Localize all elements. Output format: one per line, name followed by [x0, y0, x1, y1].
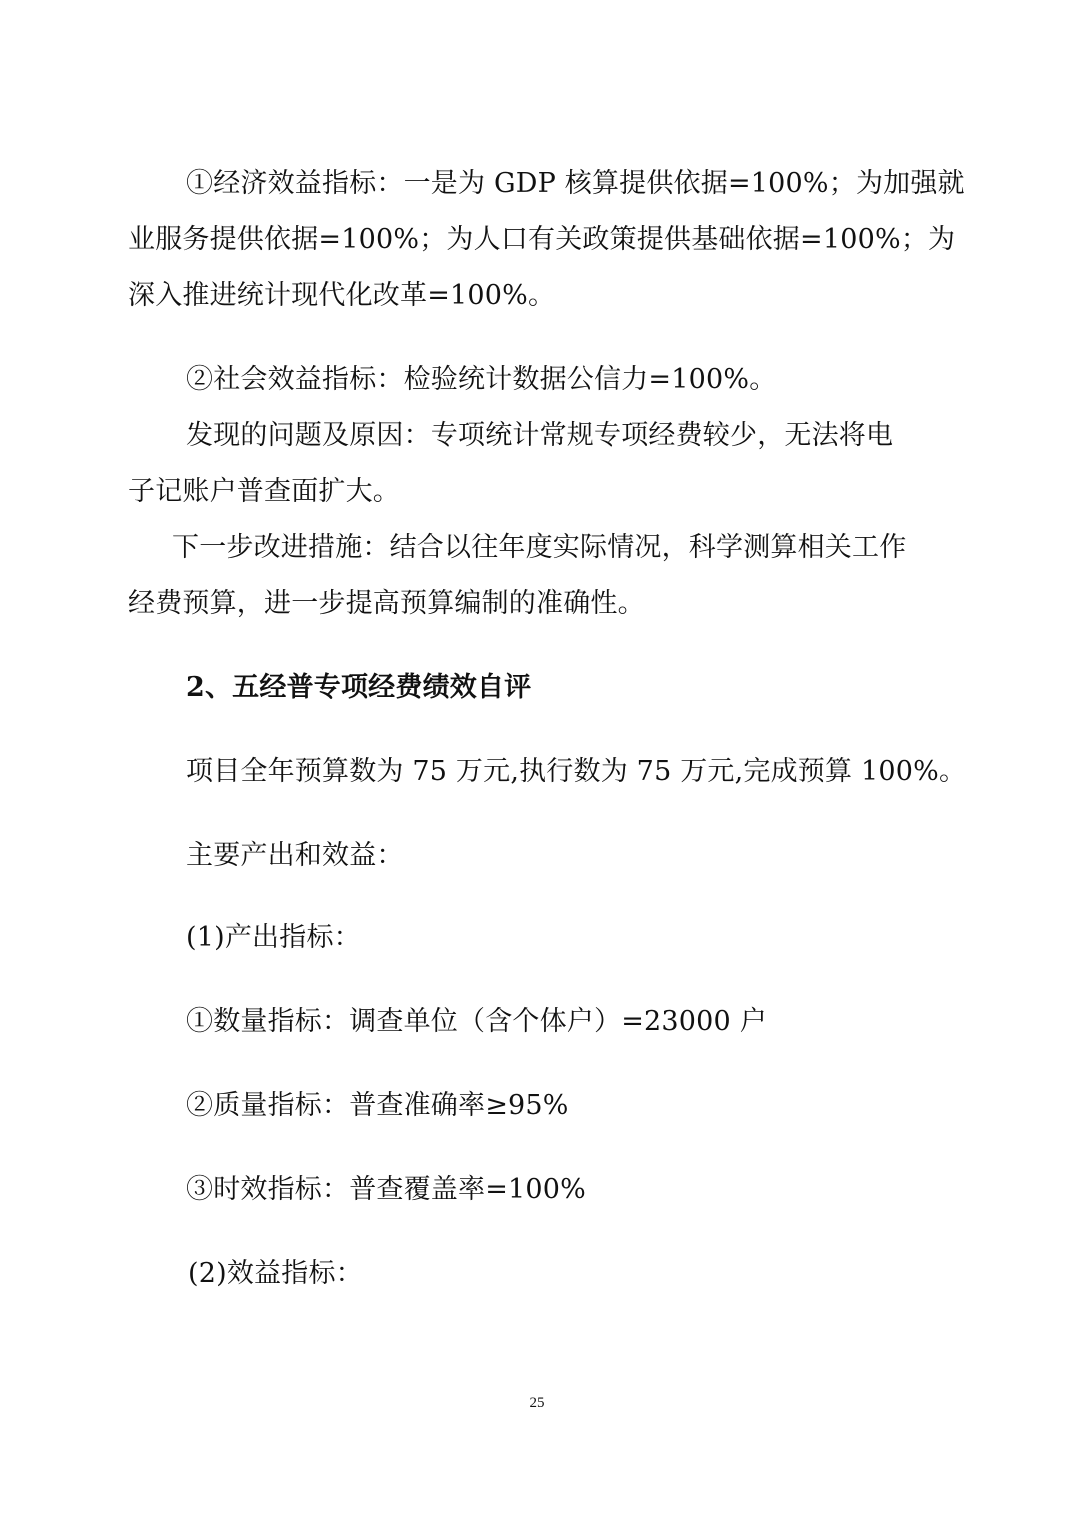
paragraph-problems-line-2: 子记账户普查面扩大。	[128, 474, 400, 510]
paragraph-benefit-indicators: (2)效益指标：	[188, 1256, 363, 1292]
page-number: 25	[0, 1393, 1074, 1413]
paragraph-social-benefit: ②社会效益指标：检验统计数据公信力=100%。	[186, 362, 776, 398]
section-heading: 2、五经普专项经费绩效自评	[186, 670, 531, 706]
paragraph-improvement-line-1: 下一步改进措施：结合以往年度实际情况，科学测算相关工作	[172, 530, 906, 566]
document-page: ①经济效益指标：一是为 GDP 核算提供依据=100%；为加强就 业服务提供依据…	[0, 0, 1074, 1520]
paragraph-economic-benefit-line-3: 深入推进统计现代化改革=100%。	[128, 278, 555, 314]
paragraph-economic-benefit-line-2: 业服务提供依据=100%；为人口有关政策提供基础依据=100%；为	[128, 222, 955, 258]
paragraph-quality-indicator: ②质量指标：普查准确率≥95%	[186, 1088, 569, 1124]
paragraph-quantity-indicator: ①数量指标：调查单位（含个体户）=23000 户	[186, 1004, 767, 1040]
paragraph-improvement-line-2: 经费预算，进一步提高预算编制的准确性。	[128, 586, 645, 622]
paragraph-timeliness-indicator: ③时效指标：普查覆盖率=100%	[186, 1172, 586, 1208]
paragraph-problems-line-1: 发现的问题及原因：专项统计常规专项经费较少，无法将电	[186, 418, 893, 454]
paragraph-economic-benefit-line-1: ①经济效益指标：一是为 GDP 核算提供依据=100%；为加强就	[186, 166, 965, 202]
paragraph-budget: 项目全年预算数为 75 万元,执行数为 75 万元,完成预算 100%。	[186, 754, 966, 790]
paragraph-output-indicators: (1)产出指标：	[186, 920, 361, 956]
paragraph-outputs-title: 主要产出和效益：	[186, 838, 404, 874]
